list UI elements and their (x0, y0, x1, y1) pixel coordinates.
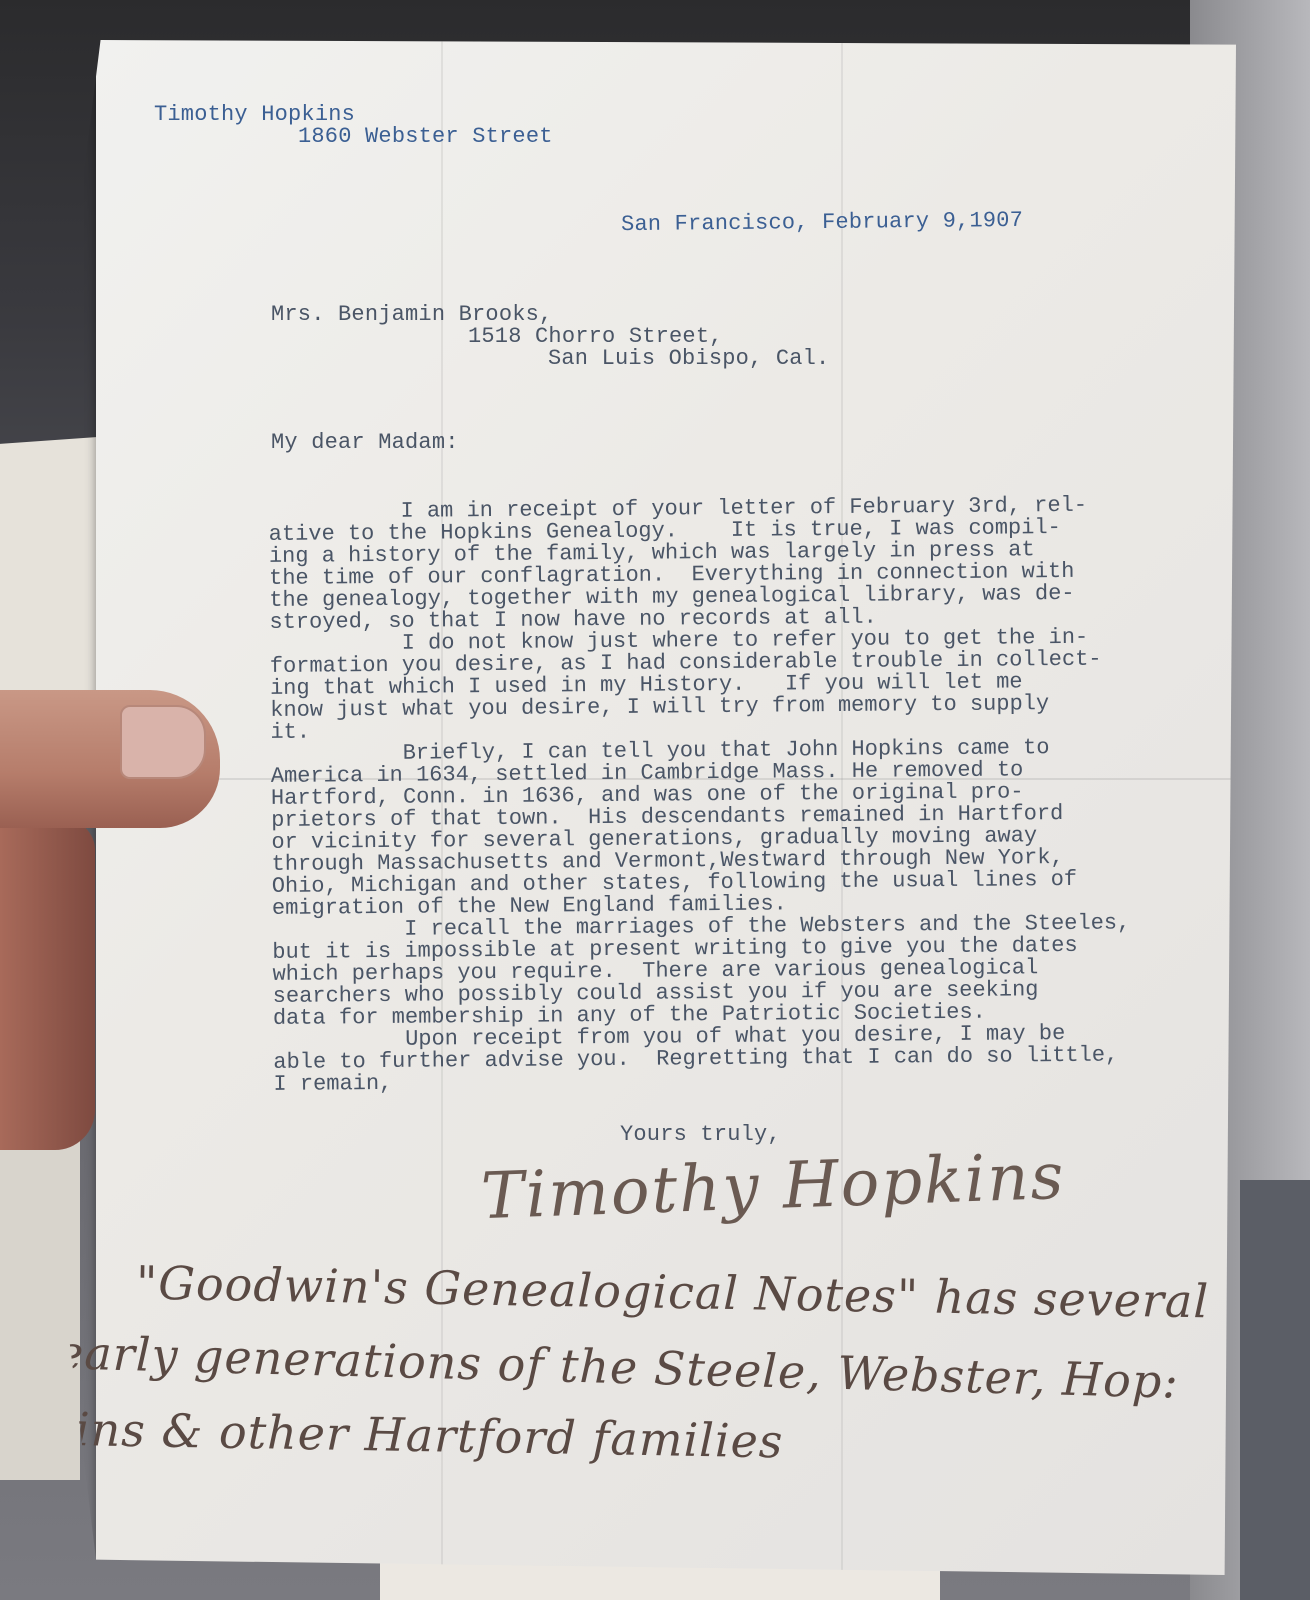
letter-sheet: Timothy Hopkins 1860 Webster Street San … (96, 40, 1236, 1575)
handwritten-note-line: "Goodwin's Genealogical Notes" has sever… (136, 1256, 1210, 1329)
letter-body: I am in receipt of your letter of Februa… (268, 494, 1173, 1096)
letterhead-address: 1860 Webster Street (298, 124, 553, 149)
background-fabric (1240, 1180, 1310, 1600)
hand (0, 820, 95, 1150)
thumbnail (120, 705, 206, 779)
dateline: San Francisco, February 9,1907 (621, 208, 1023, 237)
handwritten-note-line: kins & other Hartford families (46, 1402, 784, 1469)
salutation: My dear Madam: (271, 430, 459, 455)
handwritten-note-line: early generations of the Steele, Webster… (55, 1325, 1179, 1408)
signature: Timothy Hopkins (480, 1140, 1067, 1234)
recipient-city: San Luis Obispo, Cal. (548, 346, 829, 371)
closing: Yours truly, (620, 1122, 781, 1147)
